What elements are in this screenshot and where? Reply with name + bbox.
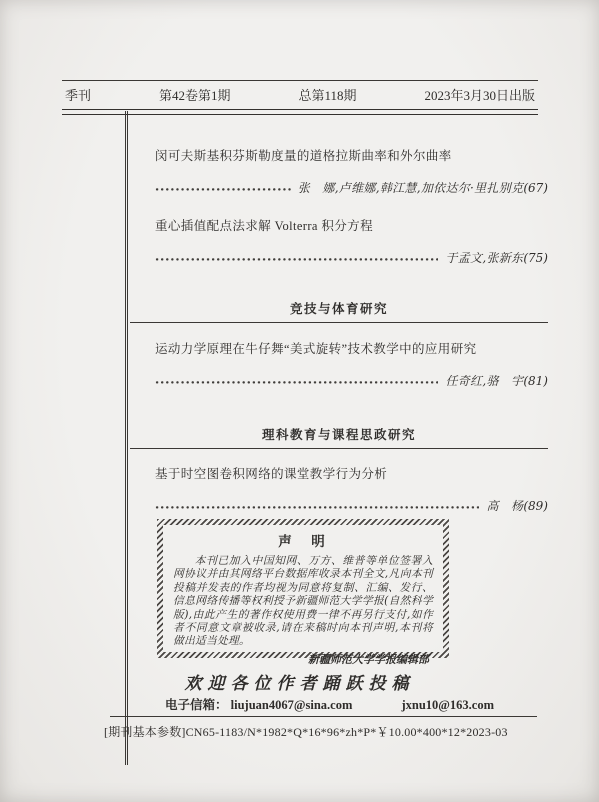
author-line: 于孟文,张新东 (75) bbox=[155, 249, 548, 266]
section-header: 理科教育与课程思政研究 bbox=[130, 425, 548, 449]
dot-leader bbox=[155, 505, 479, 510]
section-title: 理科教育与课程思政研究 bbox=[130, 425, 548, 443]
welcome-calligraphy: 欢迎各位作者踊跃投稿 bbox=[0, 669, 599, 694]
section-title: 竞技与体育研究 bbox=[130, 299, 548, 317]
article-title: 基于时空图卷积网络的课堂教学行为分析 bbox=[155, 464, 548, 482]
article-title: 运动力学原理在牛仔舞“美式旋转”技术教学中的应用研究 bbox=[155, 339, 548, 357]
article-authors: 张 娜,卢维娜,韩江慧,加依达尔·里扎别克 bbox=[298, 179, 524, 196]
notice-box: 声 明 本刊已加入中国知网、万方、维普等单位签署入网协议并由其网络平台数据库收录… bbox=[157, 519, 449, 658]
journal-params: [期刊基本参数]CN65-1183/N*1982*Q*16*96*zh*P*￥1… bbox=[104, 723, 508, 740]
author-line: 高 杨 (89) bbox=[155, 497, 548, 514]
notice-signature: 新疆师范大学学报编辑部 bbox=[173, 651, 433, 667]
notice-body: 本刊已加入中国知网、万方、维普等单位签署入网协议并由其网络平台数据库收录本刊全文… bbox=[173, 554, 433, 648]
cumulative-issue: 总第118期 bbox=[298, 85, 356, 104]
article-page: (89) bbox=[523, 499, 548, 513]
publish-date: 2023年3月30日出版 bbox=[424, 85, 535, 104]
email-row: 电子信箱： liujuan4067@sina.com jxnu10@163.co… bbox=[165, 695, 494, 713]
section-header: 竞技与体育研究 bbox=[130, 299, 548, 323]
volume-issue: 第42卷第1期 bbox=[159, 85, 231, 104]
article-page: (81) bbox=[523, 374, 548, 388]
email-label: 电子信箱： bbox=[165, 698, 228, 712]
article-title: 闵可夫斯基积芬斯勒度量的道格拉斯曲率和外尔曲率 bbox=[155, 146, 548, 164]
author-line: 任奇红,骆 宇 (81) bbox=[155, 372, 548, 389]
article-authors: 高 杨 bbox=[486, 497, 523, 514]
footer-rule bbox=[110, 716, 537, 717]
article-page: (75) bbox=[523, 251, 548, 265]
masthead-row: 季刊 第42卷第1期 总第118期 2023年3月30日出版 bbox=[62, 81, 538, 109]
dot-leader bbox=[155, 380, 438, 385]
article-authors: 任奇红,骆 宇 bbox=[445, 372, 523, 389]
section-rule bbox=[130, 322, 548, 323]
journal-toc-page: 季刊 第42卷第1期 总第118期 2023年3月30日出版 闵可夫斯基积芬斯勒… bbox=[0, 0, 599, 802]
email-primary: liujuan4067@sina.com bbox=[231, 698, 353, 712]
dot-leader bbox=[155, 187, 291, 192]
notice-title: 声 明 bbox=[173, 530, 433, 550]
author-line: 张 娜,卢维娜,韩江慧,加依达尔·里扎别克 (67) bbox=[155, 179, 548, 196]
section-rule bbox=[130, 448, 548, 449]
masthead-double-rule bbox=[62, 109, 538, 115]
left-double-rule bbox=[125, 111, 128, 765]
issue-frequency: 季刊 bbox=[65, 85, 91, 104]
masthead: 季刊 第42卷第1期 总第118期 2023年3月30日出版 bbox=[62, 80, 538, 115]
article-authors: 于孟文,张新东 bbox=[445, 249, 523, 266]
article-title: 重心插值配点法求解 Volterra 积分方程 bbox=[155, 216, 548, 234]
table-of-contents: 闵可夫斯基积芬斯勒度量的道格拉斯曲率和外尔曲率 张 娜,卢维娜,韩江慧,加依达尔… bbox=[155, 146, 548, 514]
article-page: (67) bbox=[523, 181, 548, 195]
dot-leader bbox=[155, 257, 438, 262]
email-secondary: jxnu10@163.com bbox=[401, 698, 494, 712]
